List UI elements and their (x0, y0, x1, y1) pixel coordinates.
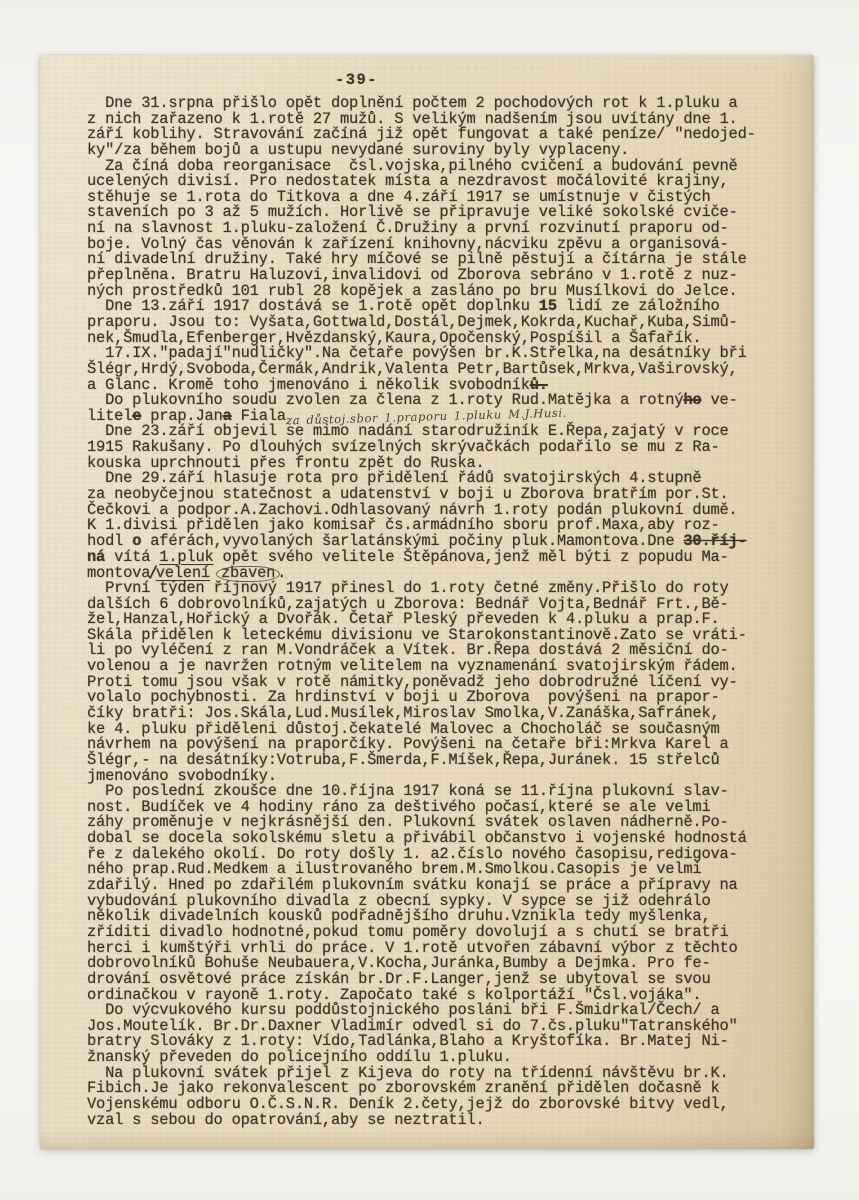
text-line: ná vítá 1.pluk opět svého velitele Štěpá… (87, 550, 756, 566)
document-page: -39- Dne 31.srpna přišlo opět doplnění p… (40, 55, 814, 1149)
page-number: -39- (335, 71, 378, 89)
typewritten-text-block: Dne 31.srpna přišlo opět doplnění počtem… (87, 96, 756, 1128)
scan-background: { "page": { "number": "-39-" }, "colors"… (0, 0, 859, 1200)
text-line: vzal s sebou do opatrování,aby se neztra… (87, 1113, 756, 1129)
